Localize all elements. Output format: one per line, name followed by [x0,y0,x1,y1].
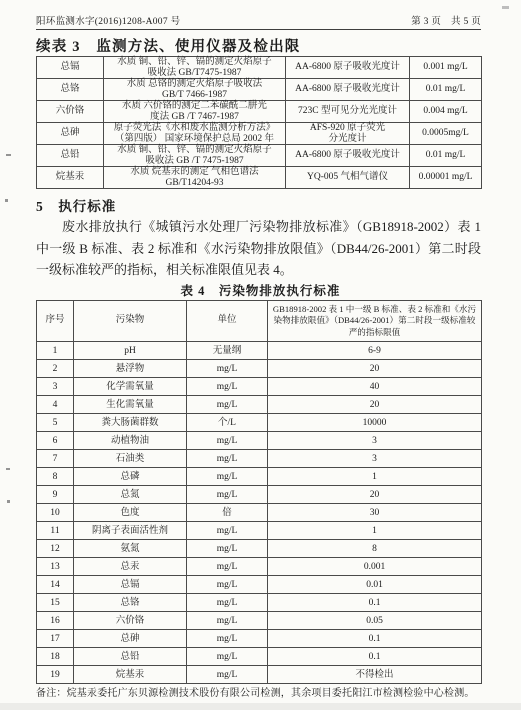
index-cell: 11 [37,522,74,540]
standard-limit-cell: 0.1 [268,648,482,666]
pollutant-cell: 阴离子表面活性剂 [74,522,187,540]
table4-row: 10色度倍30 [37,504,482,522]
index-cell: 8 [37,468,74,486]
unit-cell: 无量纲 [187,342,268,360]
standard-limit-cell: 40 [268,378,482,396]
index-cell: 12 [37,540,74,558]
table4-row: 9总氮mg/L20 [37,486,482,504]
instrument-cell: AA-6800 原子吸收光度计 [286,145,410,167]
pollutant-cell: 总氮 [74,486,187,504]
standard-limit-cell: 0.01 [268,576,482,594]
table4-row: 7石油类mg/L3 [37,450,482,468]
table4-row: 6动植物油mg/L3 [37,432,482,450]
pollutant-cell: 氨氮 [74,540,187,558]
col-header-standard-limit: GB18918-2002 表 1 中一级 B 标准、表 2 标准和《水污染物排放… [268,301,482,342]
paragraph-line: 一级标准较严的指标，相关标准限值见表 4。 [36,259,481,281]
instrument-cell: 723C 型可见分光光度计 [286,101,410,123]
index-cell: 17 [37,630,74,648]
table3-row: 总铬水质 总铬的测定火焰原子吸收法 GB/T 7466-1987AA-6800 … [37,79,482,101]
unit-cell: mg/L [187,468,268,486]
unit-cell: mg/L [187,432,268,450]
unit-cell: mg/L [187,378,268,396]
instrument-cell: AA-6800 原子吸收光度计 [286,57,410,79]
pollutant-cell: 烷基汞 [37,167,104,189]
index-cell: 16 [37,612,74,630]
unit-cell: 倍 [187,504,268,522]
unit-cell: mg/L [187,396,268,414]
pollutant-cell: 六价铬 [74,612,187,630]
method-cell: 水质 烷基汞的测定 气相色谱法 GB/T14204-93 [104,167,286,189]
index-cell: 6 [37,432,74,450]
page-header: 阳环监测水字(2016)1208-A007 号 第 3 页 共 5 页 [36,13,481,27]
table4-discharge-standards: 序号 污染物 单位 GB18918-2002 表 1 中一级 B 标准、表 2 … [36,300,482,684]
col-header-unit: 单位 [187,301,268,342]
unit-cell: mg/L [187,486,268,504]
standard-limit-cell: 0.1 [268,630,482,648]
section5-heading: 5 执行标准 [36,195,116,215]
pollutant-cell: 总砷 [74,630,187,648]
pollutant-cell: 粪大肠菌群数 [74,414,187,432]
method-cell: 水质 铜、铅、锌、镉的测定火焰原子 吸收法 GB/T7475-1987 [104,57,286,79]
detection-limit-cell: 0.004 mg/L [410,101,482,123]
unit-cell: 个/L [187,414,268,432]
index-cell: 3 [37,378,74,396]
standard-limit-cell: 6-9 [268,342,482,360]
table4-row: 11阴离子表面活性剂mg/L1 [37,522,482,540]
standard-limit-cell: 20 [268,360,482,378]
standard-limit-cell: 0.001 [268,558,482,576]
method-cell: 水质 铜、铅、锌、镉的测定火焰原子 吸收法 GB /T 7475-1987 [104,145,286,167]
table4-row: 18总铅mg/L0.1 [37,648,482,666]
standard-limit-cell: 8 [268,540,482,558]
pollutant-cell: 烷基汞 [74,666,187,684]
table4-row: 8总磷mg/L1 [37,468,482,486]
index-cell: 2 [37,360,74,378]
table4-row: 16六价铬mg/L0.05 [37,612,482,630]
col-header-pollutant: 污染物 [74,301,187,342]
table4-row: 14总镉mg/L0.01 [37,576,482,594]
index-cell: 10 [37,504,74,522]
table3-row: 六价铬水质 六价铬的测定二苯碳酰二肼光 度法 GB /T 7467-198772… [37,101,482,123]
pollutant-cell: 总铅 [74,648,187,666]
scan-artifact [7,500,10,503]
table4-row: 3化学需氧量mg/L40 [37,378,482,396]
index-cell: 7 [37,450,74,468]
standard-limit-cell: 30 [268,504,482,522]
standard-limit-cell: 不得检出 [268,666,482,684]
table3-row: 烷基汞水质 烷基汞的测定 气相色谱法 GB/T14204-93YQ-005 气相… [37,167,482,189]
scan-artifact [5,199,8,202]
table3-body: 总镉水质 铜、铅、锌、镉的测定火焰原子 吸收法 GB/T7475-1987AA-… [37,57,482,189]
index-cell: 5 [37,414,74,432]
table4-body: 1pH无量纲6-92悬浮物mg/L203化学需氧量mg/L404生化需氧量mg/… [37,342,482,684]
unit-cell: mg/L [187,540,268,558]
pollutant-cell: 生化需氧量 [74,396,187,414]
scan-artifact [502,6,509,9]
standard-limit-cell: 3 [268,450,482,468]
index-cell: 1 [37,342,74,360]
standard-limit-cell: 0.05 [268,612,482,630]
pollutant-cell: 六价铬 [37,101,104,123]
pollutant-cell: pH [74,342,187,360]
instrument-cell: AFS-920 原子荧光 分光度计 [286,123,410,145]
table4-row: 19烷基汞mg/L不得检出 [37,666,482,684]
detection-limit-cell: 0.01 mg/L [410,79,482,101]
detection-limit-cell: 0.001 mg/L [410,57,482,79]
document-page: 阳环监测水字(2016)1208-A007 号 第 3 页 共 5 页 续表 3… [0,0,521,710]
method-cell: 水质 六价铬的测定二苯碳酰二肼光 度法 GB /T 7467-1987 [104,101,286,123]
scan-edge-band [0,703,521,710]
paragraph-line: 中一级 B 标准、表 2 标准和《水污染物排放限值》（DB44/26-2001）… [36,238,481,260]
standard-limit-cell: 0.1 [268,594,482,612]
pollutant-cell: 总砷 [37,123,104,145]
pollutant-cell: 悬浮物 [74,360,187,378]
unit-cell: mg/L [187,558,268,576]
table4-row: 12氨氮mg/L8 [37,540,482,558]
unit-cell: mg/L [187,594,268,612]
table3-title: 续表 3 监测方法、使用仪器及检出限 [36,35,300,56]
detection-limit-cell: 0.01 mg/L [410,145,482,167]
pollutant-cell: 总镉 [37,57,104,79]
table3-row: 总砷原子荧光法《水和废水监测分析方法》 （第四版） 国家环境保护总局 2002 … [37,123,482,145]
index-cell: 4 [37,396,74,414]
table4-row: 17总砷mg/L0.1 [37,630,482,648]
table4-row: 15总铬mg/L0.1 [37,594,482,612]
table3-row: 总铅水质 铜、铅、锌、镉的测定火焰原子 吸收法 GB /T 7475-1987A… [37,145,482,167]
standard-limit-cell: 20 [268,396,482,414]
table4-header-row: 序号 污染物 单位 GB18918-2002 表 1 中一级 B 标准、表 2 … [37,301,482,342]
pollutant-cell: 总镉 [74,576,187,594]
table4-row: 5粪大肠菌群数个/L10000 [37,414,482,432]
pollutant-cell: 总汞 [74,558,187,576]
remark-note: 备注：烷基汞委托广东贝源检测技术股份有限公司检测，其余项目委托阳江市检测检验中心… [36,684,506,699]
standard-limit-cell: 3 [268,432,482,450]
method-cell: 水质 总铬的测定火焰原子吸收法 GB/T 7466-1987 [104,79,286,101]
standard-limit-cell: 1 [268,468,482,486]
index-cell: 15 [37,594,74,612]
table4-header: 序号 污染物 单位 GB18918-2002 表 1 中一级 B 标准、表 2 … [37,301,482,342]
detection-limit-cell: 0.0005mg/L [410,123,482,145]
instrument-cell: YQ-005 气相气谱仪 [286,167,410,189]
scan-artifact [6,468,10,470]
unit-cell: mg/L [187,630,268,648]
index-cell: 14 [37,576,74,594]
index-cell: 18 [37,648,74,666]
unit-cell: mg/L [187,576,268,594]
pollutant-cell: 石油类 [74,450,187,468]
pollutant-cell: 动植物油 [74,432,187,450]
table4-row: 13总汞mg/L0.001 [37,558,482,576]
standards-paragraph: 废水排放执行《城镇污水处理厂污染物排放标准》（GB18918-2002）表 1 … [36,216,481,281]
pollutant-cell: 总铬 [37,79,104,101]
index-cell: 13 [37,558,74,576]
pollutant-cell: 总磷 [74,468,187,486]
doc-number: 阳环监测水字(2016)1208-A007 号 [36,13,180,27]
table3-methods-instruments: 总镉水质 铜、铅、锌、镉的测定火焰原子 吸收法 GB/T7475-1987AA-… [36,56,482,189]
table4-row: 1pH无量纲6-9 [37,342,482,360]
method-cell: 原子荧光法《水和废水监测分析方法》 （第四版） 国家环境保护总局 2002 年 [104,123,286,145]
index-cell: 9 [37,486,74,504]
index-cell: 19 [37,666,74,684]
unit-cell: mg/L [187,522,268,540]
detection-limit-cell: 0.00001 mg/L [410,167,482,189]
col-header-index: 序号 [37,301,74,342]
header-rule [36,29,481,30]
page-indicator: 第 3 页 共 5 页 [411,13,481,27]
pollutant-cell: 色度 [74,504,187,522]
scan-artifact [6,154,11,156]
unit-cell: mg/L [187,360,268,378]
pollutant-cell: 化学需氧量 [74,378,187,396]
unit-cell: mg/L [187,648,268,666]
table4-title: 表 4 污染物排放执行标准 [0,281,521,299]
table3-row: 总镉水质 铜、铅、锌、镉的测定火焰原子 吸收法 GB/T7475-1987AA-… [37,57,482,79]
pollutant-cell: 总铬 [74,594,187,612]
pollutant-cell: 总铅 [37,145,104,167]
unit-cell: mg/L [187,612,268,630]
standard-limit-cell: 10000 [268,414,482,432]
unit-cell: mg/L [187,666,268,684]
table4-row: 2悬浮物mg/L20 [37,360,482,378]
standard-limit-cell: 20 [268,486,482,504]
instrument-cell: AA-6800 原子吸收光度计 [286,79,410,101]
paragraph-line: 废水排放执行《城镇污水处理厂污染物排放标准》（GB18918-2002）表 1 [36,216,481,238]
unit-cell: mg/L [187,450,268,468]
standard-limit-cell: 1 [268,522,482,540]
table4-row: 4生化需氧量mg/L20 [37,396,482,414]
